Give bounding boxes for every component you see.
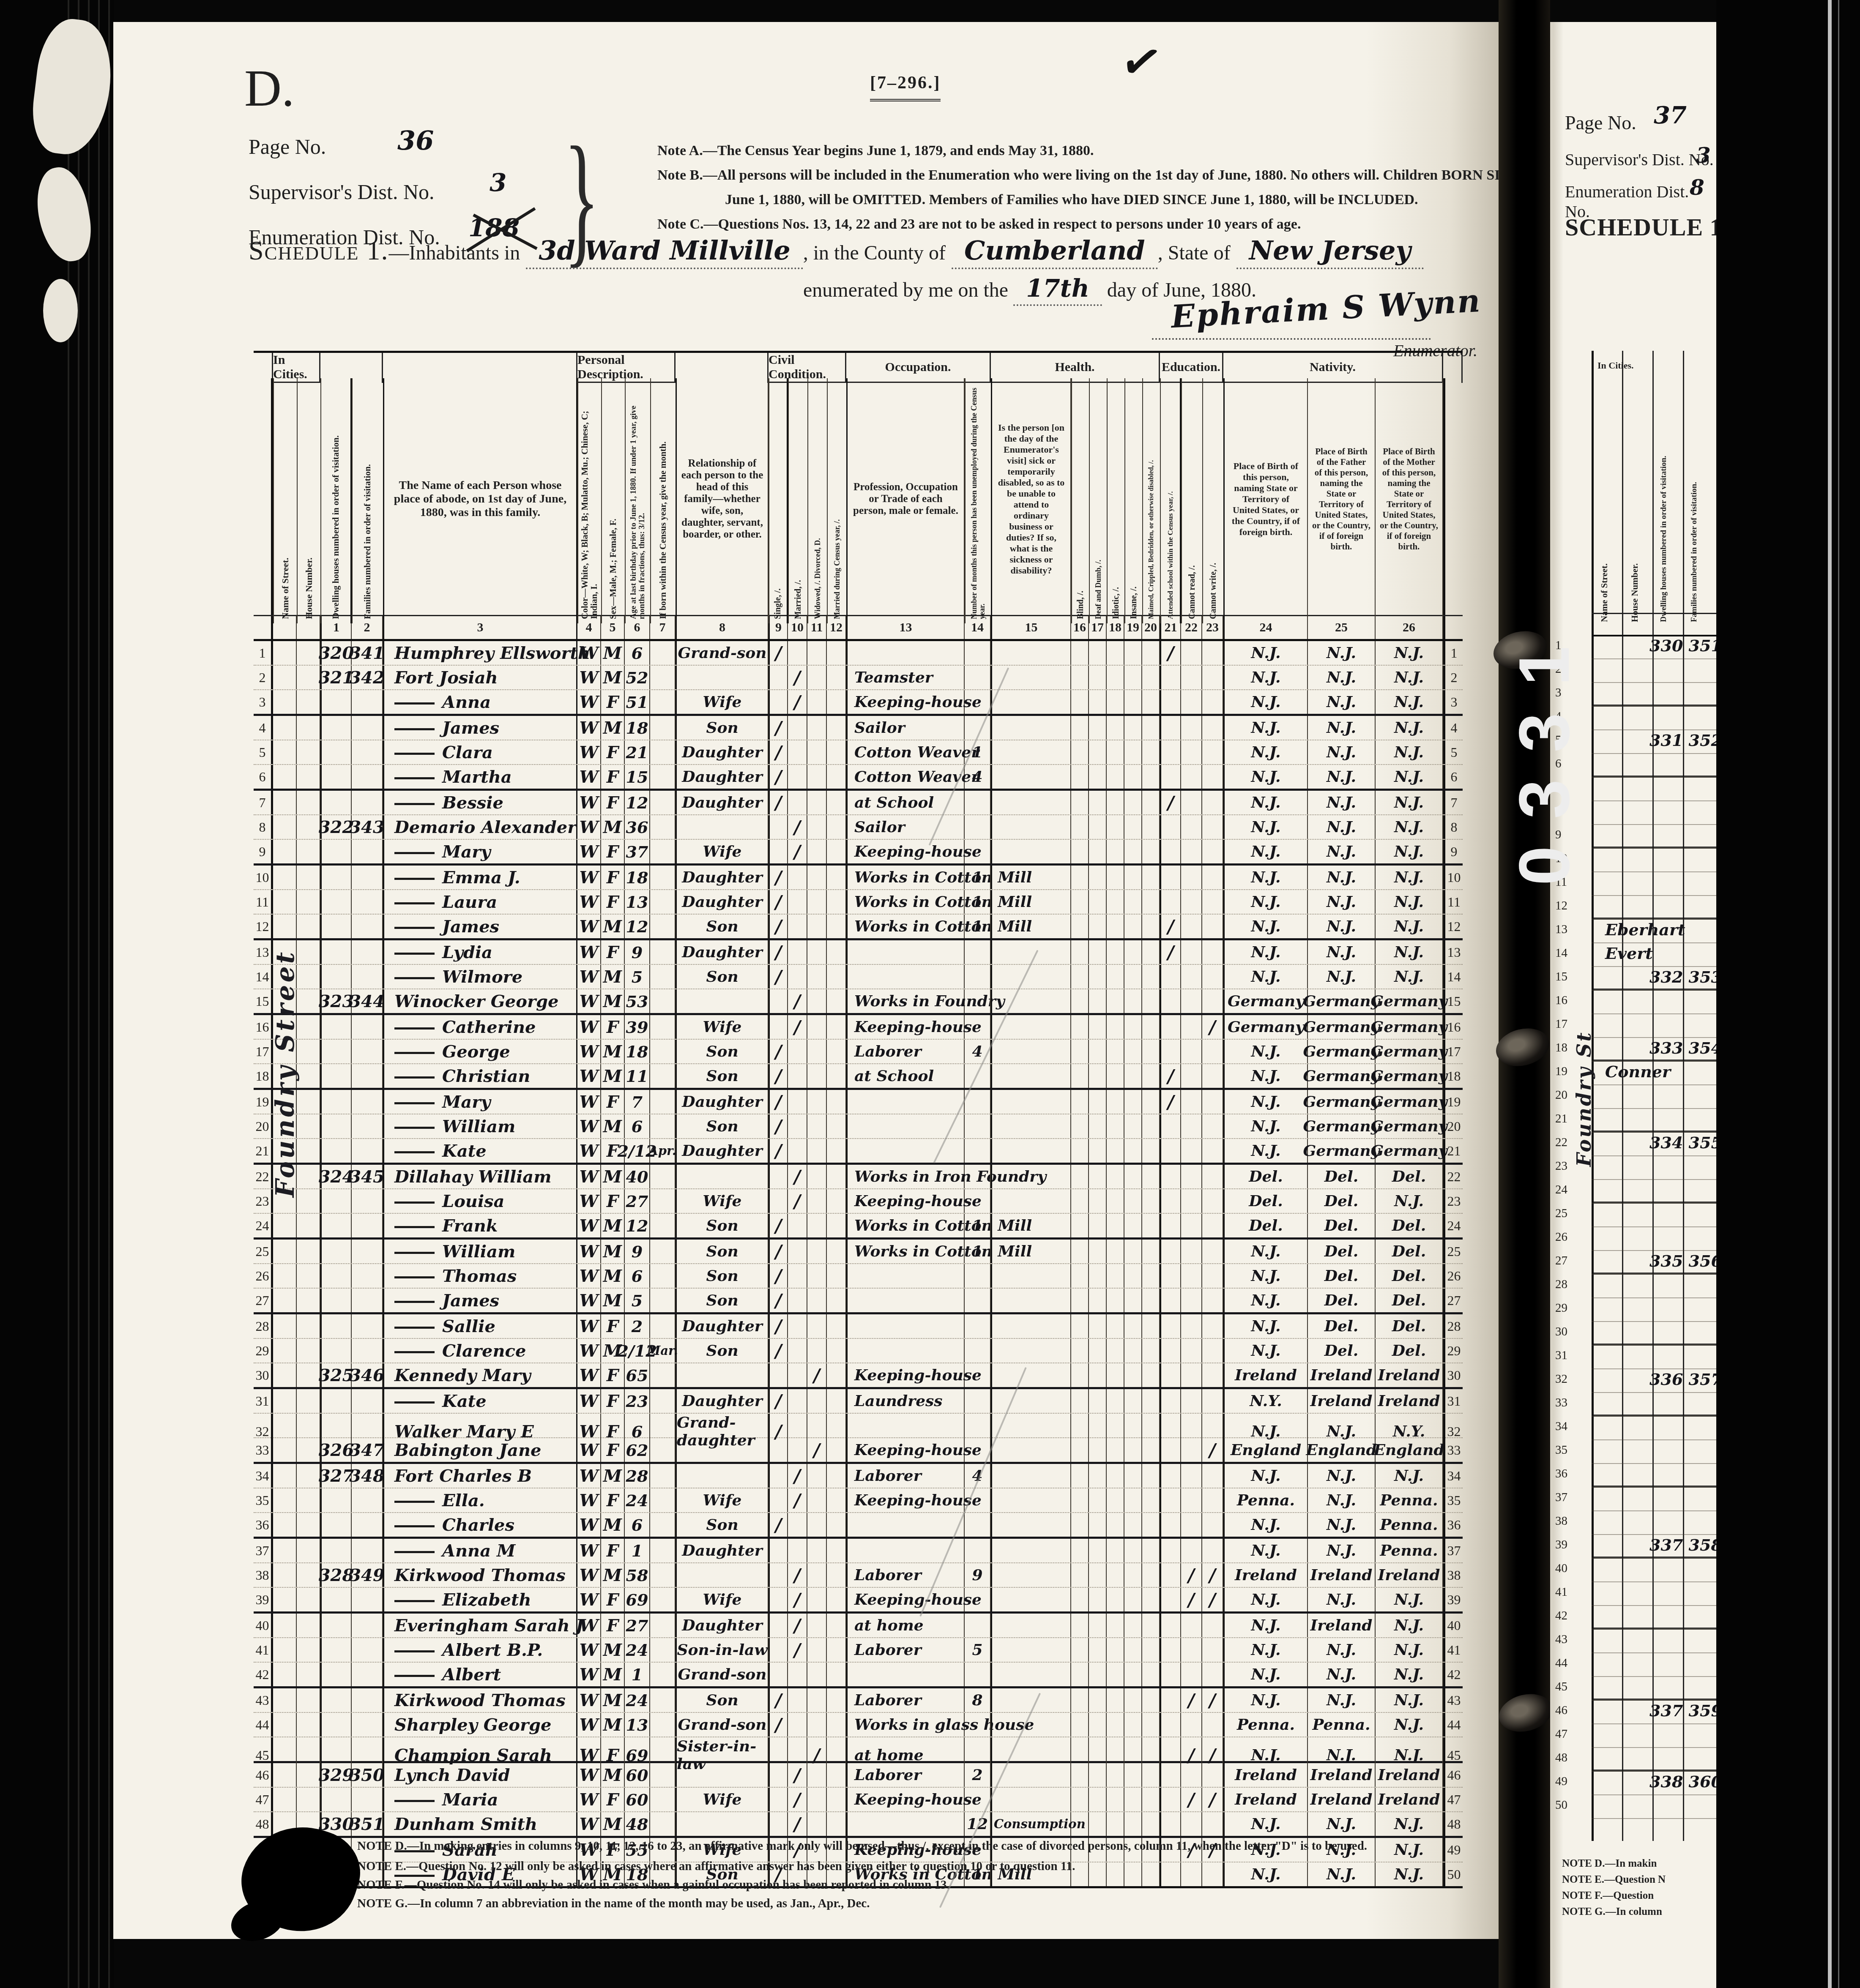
cell-sex: M	[601, 666, 625, 689]
cell-family-number	[352, 1588, 383, 1611]
cell-dwelling-number	[320, 1139, 352, 1163]
cell-widowed-mark	[807, 1713, 827, 1737]
cell-birthplace-self: Penna.	[1223, 1713, 1308, 1737]
right-supervisor-value: 3	[1696, 143, 1711, 168]
cell-birth-month	[650, 1563, 676, 1587]
cell-cannot-read-mark	[1181, 866, 1202, 889]
cell-cannot-write-mark	[1202, 1713, 1223, 1737]
cell-health-mark	[1107, 1812, 1124, 1836]
table-row: 46329350Lynch DavidWM60/Laborer2IrelandI…	[254, 1763, 1463, 1788]
ditto-mark	[394, 1401, 435, 1404]
cell-street	[273, 1539, 297, 1562]
cell-birthplace-father: N.J.	[1308, 690, 1376, 714]
ditto-mark	[394, 953, 435, 955]
cell-sex: F	[601, 765, 625, 789]
cell-age: 1	[625, 1539, 650, 1562]
cell-birthplace-father: Del.	[1308, 1264, 1376, 1288]
cell-health-mark	[1107, 866, 1124, 889]
cell-health-mark	[1089, 1464, 1107, 1488]
cell-relationship: Son-in-law	[676, 1638, 769, 1662]
cell-married-in-year-mark	[827, 1614, 846, 1637]
cell-birthplace-self: Ireland	[1223, 1788, 1308, 1811]
cell-sex: F	[601, 1539, 625, 1562]
cell-birthplace-self: N.J.	[1223, 791, 1308, 814]
cell-birth-month	[650, 1464, 676, 1488]
cell-birthplace-father: Del.	[1308, 1240, 1376, 1263]
column-header-c5: Sex—Male, M.; Female, F.	[601, 378, 625, 623]
cell-dwelling-number	[320, 765, 352, 789]
right-table-line	[1592, 613, 1716, 614]
cell-cannot-read-mark	[1181, 641, 1202, 665]
cell-health-mark	[1071, 716, 1089, 740]
signature-underline	[1152, 338, 1431, 340]
cell-street	[273, 1788, 297, 1811]
cell-house	[297, 740, 320, 764]
cell-sex: F	[601, 690, 625, 714]
cell-dwelling-number	[320, 1289, 352, 1312]
cell-health-mark	[1089, 1289, 1107, 1312]
cell-sex: M	[601, 1513, 625, 1537]
right-row-number: 48	[1555, 1751, 1567, 1765]
cell-street	[273, 740, 297, 764]
cell-health-mark	[1089, 1488, 1107, 1512]
cell-relationship	[676, 1812, 769, 1836]
ditto-mark	[394, 1252, 435, 1254]
cell-months-unemployed: 1	[965, 740, 991, 764]
cell-sickness	[991, 1339, 1071, 1363]
cell-months-unemployed: 1	[965, 915, 991, 938]
cell-attended-school-mark: /	[1160, 940, 1181, 964]
cell-health-mark	[1124, 1713, 1142, 1737]
cell-color: W	[577, 1064, 601, 1088]
table-row: 19MaryWF7Daughter//N.J.GermanyGermany19	[254, 1090, 1463, 1114]
cell-cannot-write-mark	[1202, 666, 1223, 689]
cell-sex: M	[601, 1563, 625, 1587]
cell-family-number	[352, 1189, 383, 1213]
cell-health-mark	[1089, 740, 1107, 764]
cell-family-number	[352, 1488, 383, 1512]
cell-health-mark	[1071, 1513, 1089, 1537]
cell-birthplace-father: Del.	[1308, 1189, 1376, 1213]
cell-married-mark	[788, 1363, 807, 1387]
cell-birthplace-self: Germany	[1223, 989, 1308, 1013]
cell-age: 40	[625, 1165, 650, 1188]
cell-sex: F	[601, 1488, 625, 1512]
cell-person-name: Anna	[383, 690, 577, 714]
cell-color: W	[577, 1040, 601, 1063]
cell-occupation: Keeping-house	[846, 1015, 965, 1039]
footnote-g: NOTE G.—In column 7 an abbreviation in t…	[357, 1897, 1372, 1911]
ditto-mark	[394, 1650, 435, 1652]
cell-birthplace-father: N.J.	[1308, 840, 1376, 863]
cell-birthplace-father: Germany	[1308, 989, 1376, 1013]
cell-cannot-read-mark	[1181, 1240, 1202, 1263]
cell-married-in-year-mark	[827, 641, 846, 665]
cell-relationship: Son	[676, 1240, 769, 1263]
cell-occupation: at School	[846, 1064, 965, 1088]
cell-health-mark	[1071, 740, 1089, 764]
cell-age: 13	[625, 1713, 650, 1737]
table-row: 28SallieWF2Daughter/N.J.Del.Del.28	[254, 1314, 1463, 1339]
cell-birthplace-father: Germany	[1308, 1040, 1376, 1063]
cell-age: 5	[625, 1289, 650, 1312]
cell-birthplace-self: N.J.	[1223, 915, 1308, 938]
cell-health-mark	[1124, 989, 1142, 1013]
schedule-title-line: Schedule 1.—Inhabitants in 3d Ward Millv…	[249, 235, 1474, 266]
cell-health-mark	[1089, 1389, 1107, 1413]
cell-family-number	[352, 1040, 383, 1063]
cell-relationship	[676, 989, 769, 1013]
cell-health-mark	[1107, 1389, 1124, 1413]
right-enumeration-value: 8	[1690, 175, 1704, 200]
column-header-c9: Single, /.	[769, 378, 788, 623]
cell-married-mark	[788, 1339, 807, 1363]
cell-house	[297, 1663, 320, 1686]
cell-attended-school-mark	[1160, 666, 1181, 689]
cell-birth-month	[650, 1214, 676, 1237]
cell-married-in-year-mark	[827, 740, 846, 764]
table-row: 36CharlesWM6Son/N.J.N.J.Penna.36	[254, 1513, 1463, 1539]
column-header-c10: Married, /.	[788, 378, 807, 623]
cell-health-mark	[1142, 1389, 1160, 1413]
cell-single-mark: /	[769, 940, 788, 964]
cell-health-mark	[1142, 1363, 1160, 1387]
table-row: 48330351Dunham SmithWM48/12ConsumptionN.…	[254, 1812, 1463, 1838]
right-row-fragment: 338 360	[1649, 1772, 1716, 1791]
cell-birth-month	[650, 1363, 676, 1387]
right-row-fragment: 337 358	[1649, 1535, 1716, 1554]
cell-house	[297, 1763, 320, 1787]
cell-sex: F	[601, 1015, 625, 1039]
cell-married-mark: /	[788, 815, 807, 839]
cell-person-name: Kirkwood Thomas	[383, 1563, 577, 1587]
cell-family-number	[352, 1289, 383, 1312]
cell-health-mark	[1142, 1314, 1160, 1338]
cell-attended-school-mark	[1160, 1189, 1181, 1213]
cell-person-name: Albert B.P.	[383, 1638, 577, 1662]
cell-single-mark: /	[769, 1339, 788, 1363]
schedule-inhabitants-label: —Inhabitants in	[389, 242, 520, 264]
cell-color: W	[577, 1464, 601, 1488]
cell-attended-school-mark	[1160, 1638, 1181, 1662]
cell-cannot-read-mark	[1181, 1114, 1202, 1138]
cell-health-mark	[1071, 666, 1089, 689]
cell-birthplace-mother: N.J.	[1376, 765, 1443, 789]
page-no-label: Page No.	[249, 134, 326, 159]
cell-married-mark: /	[788, 1638, 807, 1662]
cell-birth-month	[650, 791, 676, 814]
cell-occupation	[846, 1339, 965, 1363]
cell-birthplace-mother: N.J.	[1376, 1838, 1443, 1862]
cell-health-mark	[1071, 765, 1089, 789]
cell-color: W	[577, 666, 601, 689]
table-column-header-row: Name of Street.House Number.Dwelling hou…	[254, 378, 1463, 615]
cell-health-mark	[1107, 1638, 1124, 1662]
right-row-number: 42	[1555, 1609, 1567, 1623]
cell-health-mark	[1124, 1289, 1142, 1312]
cell-widowed-mark	[807, 1638, 827, 1662]
cell-health-mark	[1142, 1289, 1160, 1312]
cell-months-unemployed	[965, 940, 991, 964]
cell-birthplace-self: N.J.	[1223, 866, 1308, 889]
cell-health-mark	[1071, 1663, 1089, 1686]
cell-attended-school-mark	[1160, 1539, 1181, 1562]
cell-birth-month	[650, 915, 676, 938]
cell-health-mark	[1124, 890, 1142, 914]
cell-birthplace-mother: N.J.	[1376, 1688, 1443, 1712]
cell-age: 1	[625, 1663, 650, 1686]
row-number: 3	[254, 690, 273, 714]
cell-birth-month	[650, 1614, 676, 1637]
cell-birth-month	[650, 866, 676, 889]
cell-occupation: Works in Iron Foundry	[846, 1165, 965, 1188]
cell-attended-school-mark	[1160, 1165, 1181, 1188]
cell-relationship: Grand-son	[676, 1663, 769, 1686]
ditto-mark	[394, 852, 435, 854]
row-number: 39	[254, 1588, 273, 1611]
cell-married-in-year-mark	[827, 1389, 846, 1413]
cell-dwelling-number	[320, 1339, 352, 1363]
cell-single-mark: /	[769, 791, 788, 814]
cell-occupation	[846, 1513, 965, 1537]
cell-health-mark	[1142, 1064, 1160, 1088]
cell-family-number	[352, 690, 383, 714]
cell-widowed-mark	[807, 666, 827, 689]
cell-occupation: Sailor	[846, 815, 965, 839]
cell-street	[273, 1513, 297, 1537]
cell-relationship: Daughter	[676, 765, 769, 789]
footnote-e: NOTE E.—Question No. 12 will only be ask…	[357, 1860, 1372, 1873]
cell-birth-month	[650, 1763, 676, 1787]
cell-age: 24	[625, 1488, 650, 1512]
ditto-mark	[394, 777, 435, 779]
cell-health-mark	[1071, 915, 1089, 938]
cell-relationship: Grand-son	[676, 641, 769, 665]
cell-relationship: Daughter	[676, 1139, 769, 1163]
cell-occupation: Sailor	[846, 716, 965, 740]
cell-birthplace-self: N.J.	[1223, 641, 1308, 665]
cell-birthplace-self: N.J.	[1223, 1588, 1308, 1611]
cell-color: W	[577, 840, 601, 863]
cell-house	[297, 1614, 320, 1637]
cell-cannot-read-mark	[1181, 1663, 1202, 1686]
cell-health-mark	[1107, 1240, 1124, 1263]
cell-months-unemployed	[965, 1339, 991, 1363]
cell-person-name: Mary	[383, 1090, 577, 1114]
cell-sex: M	[601, 989, 625, 1013]
cell-sex: F	[601, 840, 625, 863]
cell-attended-school-mark	[1160, 1314, 1181, 1338]
cell-married-mark: /	[788, 840, 807, 863]
cell-occupation: Keeping-house	[846, 1438, 965, 1462]
cell-birthplace-self: Ireland	[1223, 1763, 1308, 1787]
right-row-fragment: 334 355 Jord	[1649, 1133, 1716, 1152]
cell-widowed-mark	[807, 1614, 827, 1637]
cell-birth-month	[650, 1638, 676, 1662]
cell-health-mark	[1107, 1314, 1124, 1338]
cell-occupation	[846, 965, 965, 989]
cell-birthplace-father: Ireland	[1308, 1563, 1376, 1587]
cell-cannot-read-mark	[1181, 915, 1202, 938]
cell-birthplace-father: Ireland	[1308, 1763, 1376, 1787]
cell-widowed-mark	[807, 1488, 827, 1512]
cell-widowed-mark	[807, 1464, 827, 1488]
cell-cannot-read-mark	[1181, 1314, 1202, 1338]
cell-color: W	[577, 1139, 601, 1163]
table-row: 21KateWF2/12Apr.Daughter/N.J.GermanyGerm…	[254, 1139, 1463, 1165]
cell-cannot-read-mark	[1181, 1015, 1202, 1039]
row-number: 40	[1443, 1614, 1463, 1637]
cell-health-mark	[1071, 1314, 1089, 1338]
right-row-number: 45	[1555, 1680, 1567, 1694]
cell-birthplace-mother: N.J.	[1376, 1812, 1443, 1836]
cell-birthplace-self: Ireland	[1223, 1563, 1308, 1587]
cell-relationship	[676, 1763, 769, 1787]
cell-person-name: Louisa	[383, 1189, 577, 1213]
cell-cannot-read-mark	[1181, 1040, 1202, 1063]
cell-attended-school-mark	[1160, 1339, 1181, 1363]
cell-birthplace-father: Germany	[1308, 1114, 1376, 1138]
table-row: 22324345Dillahay WilliamWM40/Works in Ir…	[254, 1165, 1463, 1189]
row-number: 35	[254, 1488, 273, 1512]
cell-health-mark	[1071, 1614, 1089, 1637]
film-scratch	[1828, 0, 1832, 1988]
cell-married-mark: /	[788, 989, 807, 1013]
cell-sickness	[991, 765, 1071, 789]
column-header-c25: Place of Birth of the Father of this per…	[1308, 378, 1376, 620]
supervisor-district-label: Supervisor's Dist. No.	[249, 180, 435, 204]
cell-attended-school-mark	[1160, 965, 1181, 989]
cell-single-mark: /	[769, 1389, 788, 1413]
cell-cannot-write-mark	[1202, 1389, 1223, 1413]
column-header-street: Name of Street.	[273, 378, 297, 623]
cell-health-mark	[1089, 989, 1107, 1013]
table-row: 5ClaraWF21Daughter/Cotton Weaver1N.J.N.J…	[254, 740, 1463, 765]
cell-married-mark	[788, 1064, 807, 1088]
row-number: 48	[1443, 1812, 1463, 1836]
right-supervisor-label: Supervisor's Dist. No.	[1565, 150, 1714, 169]
cell-health-mark	[1107, 1339, 1124, 1363]
cell-person-name: James	[383, 1289, 577, 1312]
cell-health-mark	[1107, 1040, 1124, 1063]
cell-birthplace-self: N.J.	[1223, 1513, 1308, 1537]
cell-dwelling-number	[320, 740, 352, 764]
right-schedule-title: SCHEDULE 1.—In	[1565, 213, 1716, 241]
cell-health-mark	[1107, 1289, 1124, 1312]
schedule-county-value: Cumberland	[952, 235, 1158, 269]
cell-health-mark	[1071, 641, 1089, 665]
row-number: 37	[254, 1539, 273, 1562]
row-number: 12	[1443, 915, 1463, 938]
cell-age: 60	[625, 1763, 650, 1787]
cell-color: W	[577, 1289, 601, 1312]
row-number: 6	[254, 765, 273, 789]
cell-health-mark	[1124, 1139, 1142, 1163]
cell-birthplace-father: N.J.	[1308, 740, 1376, 764]
table-row: 12JamesWM12Son/Works in Cotton Mill1/N.J…	[254, 915, 1463, 940]
cell-occupation: Cotton Weaver	[846, 765, 965, 789]
cell-sex: F	[601, 791, 625, 814]
cell-single-mark	[769, 1763, 788, 1787]
row-number: 21	[1443, 1139, 1463, 1163]
cell-health-mark	[1089, 1015, 1107, 1039]
row-number: 44	[254, 1713, 273, 1737]
ditto-mark	[394, 1327, 435, 1329]
cell-single-mark	[769, 1663, 788, 1686]
cell-single-mark: /	[769, 765, 788, 789]
cell-person-name: Elizabeth	[383, 1588, 577, 1611]
right-row-fragment: 333 354 Con	[1649, 1038, 1716, 1057]
cell-health-mark	[1124, 915, 1142, 938]
cell-relationship	[676, 1563, 769, 1587]
cell-married-in-year-mark	[827, 1663, 846, 1686]
cell-dwelling-number	[320, 1015, 352, 1039]
cell-married-in-year-mark	[827, 915, 846, 938]
cell-birthplace-mother: N.J.	[1376, 1663, 1443, 1686]
cell-health-mark	[1142, 1339, 1160, 1363]
cell-dwelling-number	[320, 1264, 352, 1288]
cell-birthplace-mother: England	[1376, 1438, 1443, 1462]
cell-cannot-read-mark	[1181, 666, 1202, 689]
cell-person-name: Fort Josiah	[383, 666, 577, 689]
cell-health-mark	[1071, 1688, 1089, 1712]
cell-single-mark	[769, 1563, 788, 1587]
column-header-c18: Idiotic, /.	[1107, 378, 1124, 623]
cell-age: 39	[625, 1015, 650, 1039]
row-number: 28	[1443, 1314, 1463, 1338]
cell-health-mark	[1089, 1614, 1107, 1637]
cell-married-in-year-mark	[827, 940, 846, 964]
cell-married-mark	[788, 1289, 807, 1312]
cell-health-mark	[1124, 1114, 1142, 1138]
cell-color: W	[577, 1165, 601, 1188]
cell-health-mark	[1089, 1090, 1107, 1114]
cell-health-mark	[1071, 1264, 1089, 1288]
cell-married-in-year-mark	[827, 716, 846, 740]
cell-married-in-year-mark	[827, 690, 846, 714]
cell-color: W	[577, 765, 601, 789]
cell-months-unemployed	[965, 1264, 991, 1288]
cell-months-unemployed	[965, 1588, 991, 1611]
cell-cannot-write-mark: /	[1202, 1563, 1223, 1587]
cell-sex: F	[601, 1314, 625, 1338]
cell-health-mark	[1089, 1363, 1107, 1387]
cell-widowed-mark	[807, 1339, 827, 1363]
cell-health-mark	[1089, 666, 1107, 689]
cell-single-mark: /	[769, 915, 788, 938]
cell-family-number: 348	[352, 1464, 383, 1488]
cell-health-mark	[1124, 1389, 1142, 1413]
cell-birthplace-mother: Del.	[1376, 1339, 1443, 1363]
cell-health-mark	[1142, 690, 1160, 714]
cell-color: W	[577, 1614, 601, 1637]
row-number: 25	[1443, 1240, 1463, 1263]
ditto-mark	[394, 1226, 435, 1228]
cell-birthplace-father: Germany	[1308, 1139, 1376, 1163]
table-row: 34327348Fort Charles BWM28/Laborer4N.J.N…	[254, 1464, 1463, 1488]
cell-cannot-write-mark	[1202, 1040, 1223, 1063]
cell-attended-school-mark	[1160, 1114, 1181, 1138]
cell-dwelling-number	[320, 1788, 352, 1811]
cell-birthplace-self: N.J.	[1223, 1289, 1308, 1312]
cell-street	[273, 1438, 297, 1462]
cell-health-mark	[1107, 1513, 1124, 1537]
cell-single-mark: /	[769, 1040, 788, 1063]
cell-color: W	[577, 1539, 601, 1562]
cell-color: W	[577, 1788, 601, 1811]
cell-age: 6	[625, 1114, 650, 1138]
cell-single-mark	[769, 815, 788, 839]
